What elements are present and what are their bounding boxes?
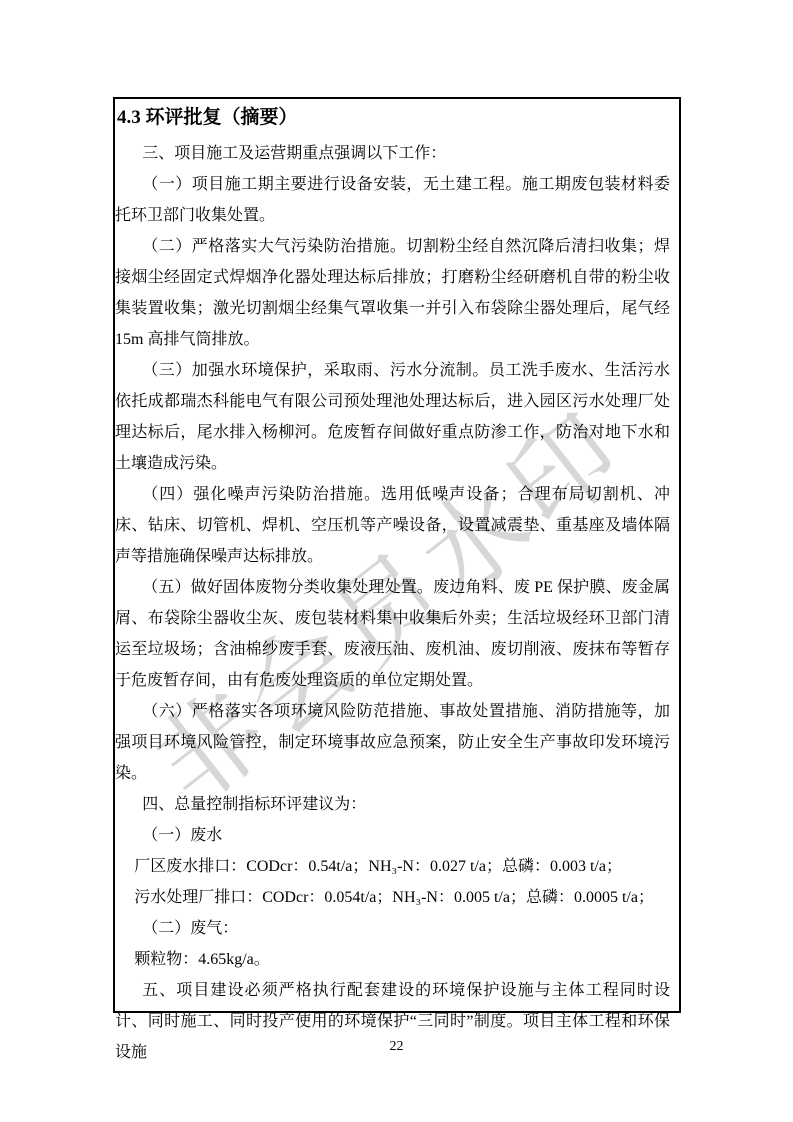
document-page: 非会员水印 4.3 环评批复（摘要） 三、项目施工及运营期重点强调以下工作：（一… bbox=[0, 0, 793, 1122]
paragraph: 厂区废水排口：CODcr：0.54t/a；NH₃-N：0.027 t/a；总磷：… bbox=[115, 851, 670, 882]
paragraph: （二）废气： bbox=[115, 913, 670, 944]
paragraph: （三）加强水环境保护，采取雨、污水分流制。员工洗手废水、生活污水依托成都瑞杰科能… bbox=[115, 355, 670, 479]
paragraph: （四）强化噪声污染防治措施。选用低噪声设备；合理布局切割机、冲床、钻床、切管机、… bbox=[115, 479, 670, 572]
section-heading: 4.3 环评批复（摘要） bbox=[117, 104, 670, 131]
paragraph-list: 三、项目施工及运营期重点强调以下工作：（一）项目施工期主要进行设备安装，无土建工… bbox=[115, 138, 670, 1068]
content-box: 4.3 环评批复（摘要） 三、项目施工及运营期重点强调以下工作：（一）项目施工期… bbox=[113, 97, 681, 1013]
paragraph: （六）严格落实各项环境风险防范措施、事故处置措施、消防措施等，加强项目环境风险管… bbox=[115, 696, 670, 789]
paragraph: 污水处理厂排口：CODcr：0.054t/a；NH₃-N：0.005 t/a；总… bbox=[115, 882, 670, 913]
paragraph: 三、项目施工及运营期重点强调以下工作： bbox=[115, 138, 670, 169]
paragraph: 颗粒物：4.65kg/a。 bbox=[115, 944, 670, 975]
paragraph: （一）废水 bbox=[115, 820, 670, 851]
paragraph: （一）项目施工期主要进行设备安装，无土建工程。施工期废包装材料委托环卫部门收集处… bbox=[115, 169, 670, 231]
paragraph: 四、总量控制指标环评建议为： bbox=[115, 789, 670, 820]
page-number: 22 bbox=[0, 1038, 793, 1056]
paragraph: （五）做好固体废物分类收集处理处置。废边角料、废 PE 保护膜、废金属屑、布袋除… bbox=[115, 572, 670, 696]
paragraph: （二）严格落实大气污染防治措施。切割粉尘经自然沉降后清扫收集；焊接烟尘经固定式焊… bbox=[115, 231, 670, 355]
